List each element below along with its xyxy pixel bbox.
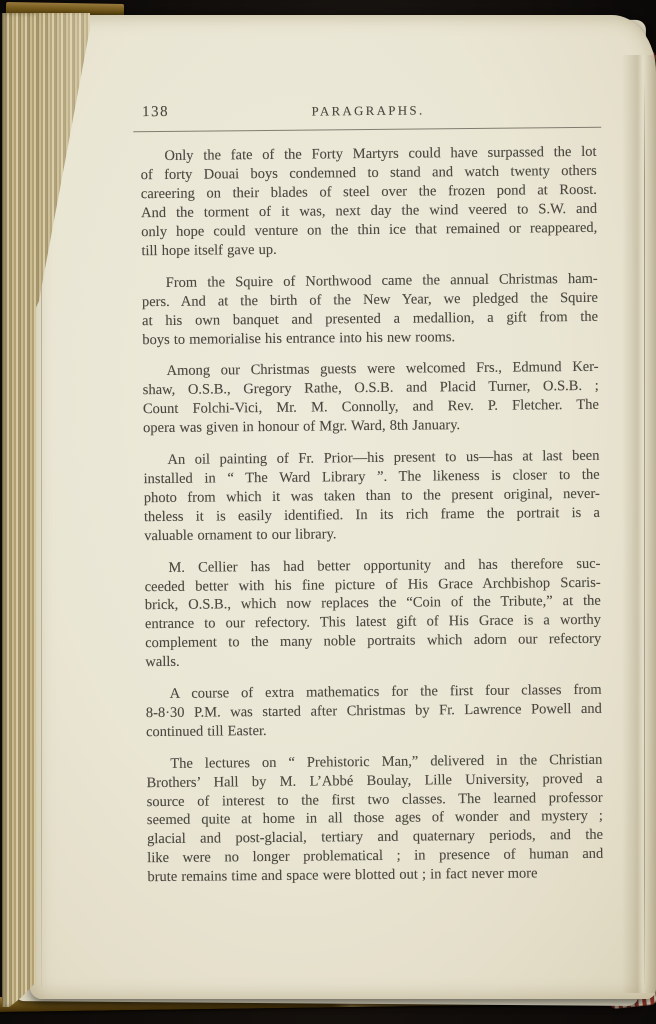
book-photo-scene: 138 PARAGRAPHS. Only the fate of the For… <box>0 0 656 1024</box>
book-page: 138 PARAGRAPHS. Only the fate of the For… <box>30 15 656 999</box>
text-line: till hope itself gave up. <box>141 238 597 261</box>
gutter-crease-line <box>644 85 645 985</box>
text-line: brute remains time and space were blotte… <box>147 864 603 887</box>
running-title: PARAGRAPHS. <box>140 102 596 121</box>
text-line: opera was given in honour of Mgr. Ward, … <box>143 415 599 438</box>
gutter-shadow <box>622 55 656 993</box>
text-line: boys to memorialise his entrance into hi… <box>142 326 598 349</box>
fore-edge-page-stack <box>2 13 36 1007</box>
paragraph: The lectures on “ Prehistoric Man,” deli… <box>146 751 603 888</box>
header-rule <box>133 127 601 133</box>
page-header: 138 PARAGRAPHS. <box>140 99 596 123</box>
printed-content: 138 PARAGRAPHS. Only the fate of the For… <box>140 99 604 887</box>
paragraph: M. Cellier has had better opportunity an… <box>144 554 601 672</box>
paragraph: Only the fate of the Forty Martyrs could… <box>140 143 597 261</box>
paragraph: Among our Christmas guests were welcomed… <box>143 358 600 438</box>
text-line: valuable ornament to our library. <box>144 522 600 545</box>
text-line: continued till Easter. <box>146 719 602 742</box>
paragraph: From the Squire of Northwood came the an… <box>142 270 599 350</box>
paragraph: An oil painting of Fr. Prior—his present… <box>143 447 600 546</box>
paragraph: A course of extra mathematics for the fi… <box>146 681 603 742</box>
page-paragraphs: Only the fate of the Forty Martyrs could… <box>140 143 603 887</box>
